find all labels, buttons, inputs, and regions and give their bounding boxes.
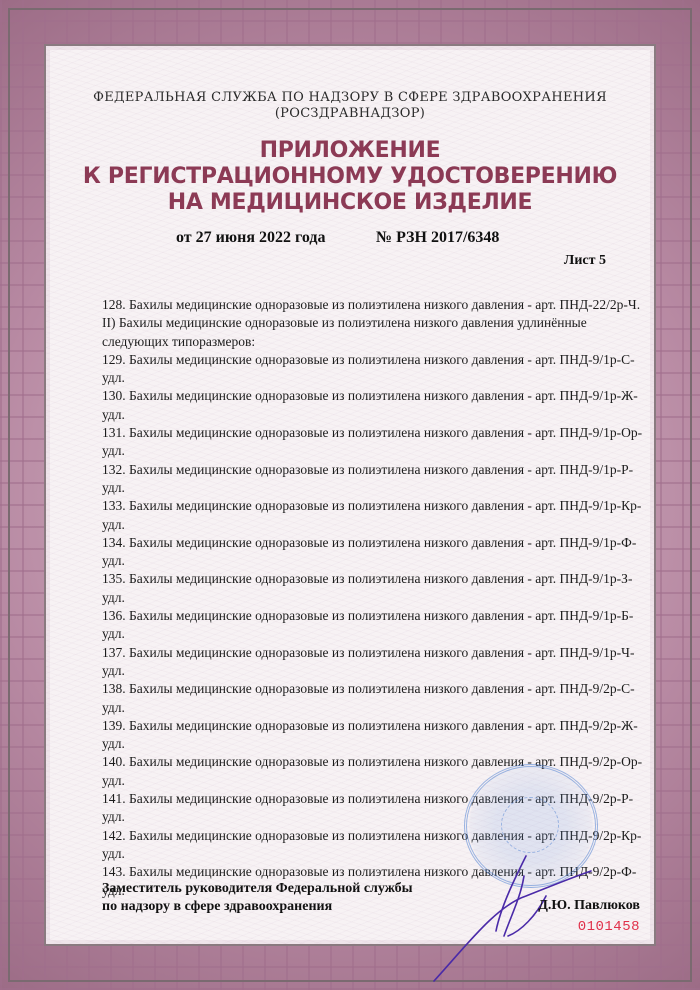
sheet-number: Лист 5 bbox=[564, 253, 606, 269]
list-line: 132. Бахилы медицинские одноразовые из п… bbox=[102, 461, 636, 479]
list-line: 134. Бахилы медицинские одноразовые из п… bbox=[102, 534, 636, 552]
list-line: удл. bbox=[102, 735, 636, 753]
list-line: 128. Бахилы медицинские одноразовые из п… bbox=[102, 296, 636, 314]
list-line: 135. Бахилы медицинские одноразовые из п… bbox=[102, 570, 636, 588]
title-line-3: НА МЕДИЦИНСКОЕ ИЗДЕЛИЕ bbox=[46, 190, 654, 216]
registration-number: № РЗН 2017/6348 bbox=[376, 229, 499, 247]
list-line: 133. Бахилы медицинские одноразовые из п… bbox=[102, 497, 636, 515]
list-line: следующих типоразмеров: bbox=[102, 333, 636, 351]
list-line: 129. Бахилы медицинские одноразовые из п… bbox=[102, 351, 636, 369]
list-line: удл. bbox=[102, 589, 636, 607]
list-line: удл. bbox=[102, 479, 636, 497]
list-line: удл. bbox=[102, 369, 636, 387]
list-line: удл. bbox=[102, 442, 636, 460]
title-line-1: ПРИЛОЖЕНИЕ bbox=[46, 138, 654, 164]
form-serial-number: 0101458 bbox=[578, 919, 640, 935]
list-line: удл. bbox=[102, 625, 636, 643]
agency-header: ФЕДЕРАЛЬНАЯ СЛУЖБА ПО НАДЗОРУ В СФЕРЕ ЗД… bbox=[46, 90, 654, 122]
list-line: 136. Бахилы медицинские одноразовые из п… bbox=[102, 607, 636, 625]
document-title: ПРИЛОЖЕНИЕ К РЕГИСТРАЦИОННОМУ УДОСТОВЕРЕ… bbox=[46, 138, 654, 216]
list-line: удл. bbox=[102, 699, 636, 717]
list-line: 130. Бахилы медицинские одноразовые из п… bbox=[102, 387, 636, 405]
list-line: 131. Бахилы медицинские одноразовые из п… bbox=[102, 424, 636, 442]
position-line-1: Заместитель руководителя Федеральной слу… bbox=[102, 880, 413, 898]
title-line-2: К РЕГИСТРАЦИОННОМУ УДОСТОВЕРЕНИЮ bbox=[46, 164, 654, 190]
list-line: удл. bbox=[102, 662, 636, 680]
position-line-2: по надзору в сфере здравоохранения bbox=[102, 898, 413, 916]
document-sheet: ФЕДЕРАЛЬНАЯ СЛУЖБА ПО НАДЗОРУ В СФЕРЕ ЗД… bbox=[44, 44, 656, 946]
list-line: II) Бахилы медицинские одноразовые из по… bbox=[102, 314, 636, 332]
agency-name: ФЕДЕРАЛЬНАЯ СЛУЖБА ПО НАДЗОРУ В СФЕРЕ ЗД… bbox=[46, 90, 654, 106]
agency-abbreviation: (РОСЗДРАВНАДЗОР) bbox=[46, 106, 654, 122]
list-line: 137. Бахилы медицинские одноразовые из п… bbox=[102, 644, 636, 662]
list-line: 139. Бахилы медицинские одноразовые из п… bbox=[102, 717, 636, 735]
list-line: удл. bbox=[102, 552, 636, 570]
list-line: удл. bbox=[102, 516, 636, 534]
list-line: 138. Бахилы медицинские одноразовые из п… bbox=[102, 680, 636, 698]
signatory-name: Д.Ю. Павлюков bbox=[538, 898, 640, 914]
document-date: от 27 июня 2022 года bbox=[176, 229, 325, 247]
signatory-position: Заместитель руководителя Федеральной слу… bbox=[102, 880, 413, 916]
list-line: удл. bbox=[102, 406, 636, 424]
